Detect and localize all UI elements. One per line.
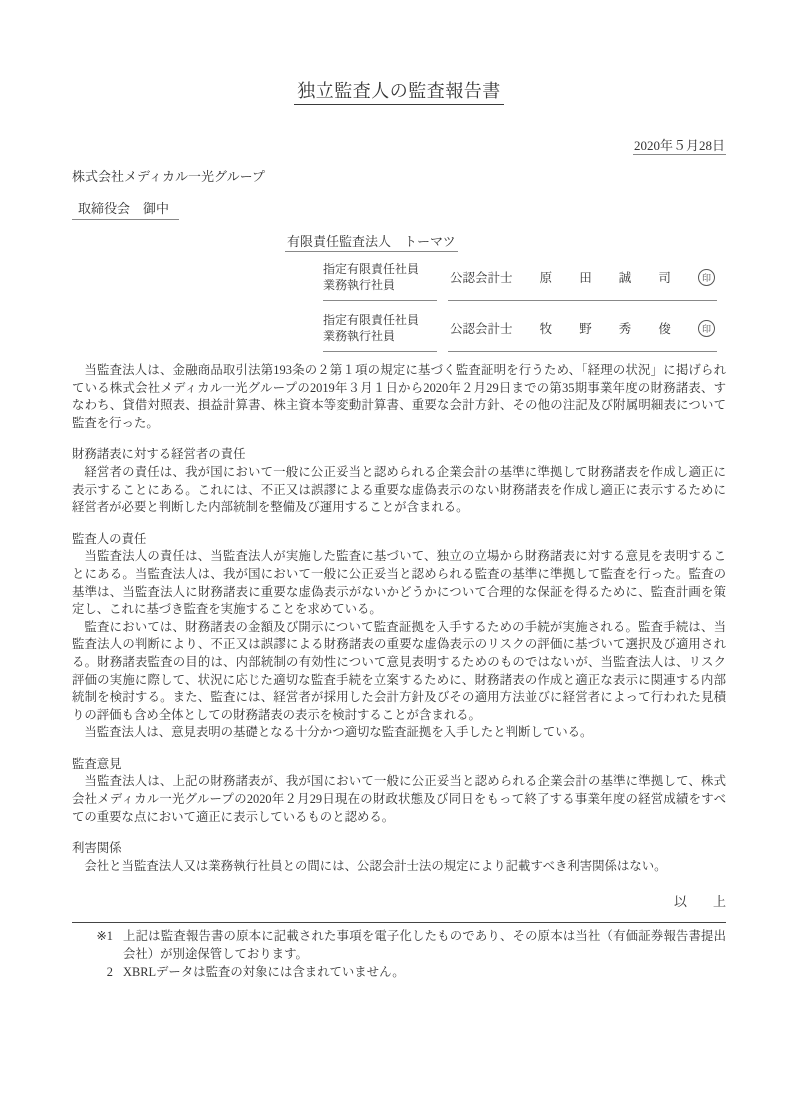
- section-paragraph: 当監査法人の責任は、当監査法人が実施した監査に基づいて、独立の立場から財務諸表に…: [72, 548, 726, 618]
- signature-row: 指定有限責任社員 業務執行社員 公認会計士 牧 野 秀 俊 印: [323, 310, 717, 352]
- footnote-divider: [72, 922, 726, 923]
- signatory-name-char: 田: [579, 268, 592, 286]
- section-heading-management-responsibility: 財務諸表に対する経営者の責任: [72, 446, 726, 464]
- audit-firm-row: 有限責任監査法人 トーマツ: [285, 231, 726, 250]
- addressee-company: 株式会社メディカル一光グループ: [72, 166, 726, 185]
- section-paragraph: 当監査法人は、意見表明の基礎となる十分かつ適切な監査証拠を入手したと判断している…: [72, 724, 726, 742]
- report-date: 2020年５月28日: [633, 138, 726, 155]
- audit-firm: 有限責任監査法人 トーマツ: [285, 234, 458, 252]
- signatory-role-line2: 業務執行社員: [323, 328, 437, 344]
- signatory-name-char: 誠: [619, 268, 632, 286]
- page-title-row: 独立監査人の監査報告書: [72, 68, 726, 105]
- footnotes: ※1 上記は監査報告書の原本に記載された事項を電子化したものであり、その原本は当…: [72, 928, 726, 981]
- section-heading-audit-opinion: 監査意見: [72, 756, 726, 774]
- signatory-name-char: 俊: [658, 319, 671, 337]
- signatory-role-line2: 業務執行社員: [323, 277, 437, 293]
- closing-mark: 以 上: [72, 891, 726, 910]
- date-row: 2020年５月28日: [72, 135, 726, 154]
- section-paragraph: 監査においては、財務諸表の金額及び開示について監査証拠を入手するための手続が実施…: [72, 619, 726, 725]
- section-paragraph: 経営者の責任は、我が国において一般に公正妥当と認められる企業会計の基準に準拠して…: [72, 464, 726, 517]
- seal-stamp-icon: 印: [698, 269, 715, 286]
- page-title: 独立監査人の監査報告書: [294, 81, 504, 105]
- signatory-name-char: 司: [658, 268, 671, 286]
- section-paragraph: 当監査法人は、上記の財務諸表が、我が国において一般に公正妥当と認められる企業会計…: [72, 773, 726, 826]
- intro-paragraph: 当監査法人は、金融商品取引法第193条の２第１項の規定に基づく監査証明を行うため…: [72, 362, 726, 432]
- footnote-item: 2 XBRLデータは監査の対象には含まれていません。: [85, 964, 726, 982]
- signatory-role: 指定有限責任社員 業務執行社員: [323, 310, 437, 352]
- footnote-marker: 2: [85, 964, 113, 982]
- section-paragraph: 会社と当監査法人又は業務執行社員との間には、公認会計士法の規定により記載すべき利…: [72, 858, 726, 876]
- signatory-qualification: 公認会計士: [450, 319, 513, 337]
- signatory-detail: 公認会計士 牧 野 秀 俊 印: [448, 310, 717, 352]
- addressee: 取締役会 御中: [72, 201, 179, 220]
- section-heading-auditor-responsibility: 監査人の責任: [72, 531, 726, 549]
- signatory-role-line1: 指定有限責任社員: [323, 261, 437, 277]
- footnote-marker: ※1: [85, 928, 113, 963]
- section-heading-interest: 利害関係: [72, 840, 726, 858]
- audit-report-page: 独立監査人の監査報告書 2020年５月28日 株式会社メディカル一光グループ 取…: [0, 0, 790, 1118]
- signatory-name-char: 原: [540, 268, 553, 286]
- signatory-name-char: 牧: [540, 319, 553, 337]
- footnote-text: 上記は監査報告書の原本に記載された事項を電子化したものであり、その原本は当社（有…: [123, 928, 726, 963]
- signatory-role-line1: 指定有限責任社員: [323, 312, 437, 328]
- footnote-item: ※1 上記は監査報告書の原本に記載された事項を電子化したものであり、その原本は当…: [85, 928, 726, 963]
- signature-row: 指定有限責任社員 業務執行社員 公認会計士 原 田 誠 司 印: [323, 259, 717, 301]
- signatory-qualification: 公認会計士: [450, 268, 513, 286]
- signatory-name-char: 野: [579, 319, 592, 337]
- signatory-role: 指定有限責任社員 業務執行社員: [323, 259, 437, 301]
- seal-stamp-icon: 印: [698, 320, 715, 337]
- signatory-name-char: 秀: [619, 319, 632, 337]
- signature-table: 指定有限責任社員 業務執行社員 公認会計士 原 田 誠 司 印 指定有限責任社員…: [323, 259, 717, 352]
- signatory-detail: 公認会計士 原 田 誠 司 印: [448, 259, 717, 301]
- addressee-row: 取締役会 御中: [72, 198, 726, 217]
- footnote-text: XBRLデータは監査の対象には含まれていません。: [123, 964, 726, 982]
